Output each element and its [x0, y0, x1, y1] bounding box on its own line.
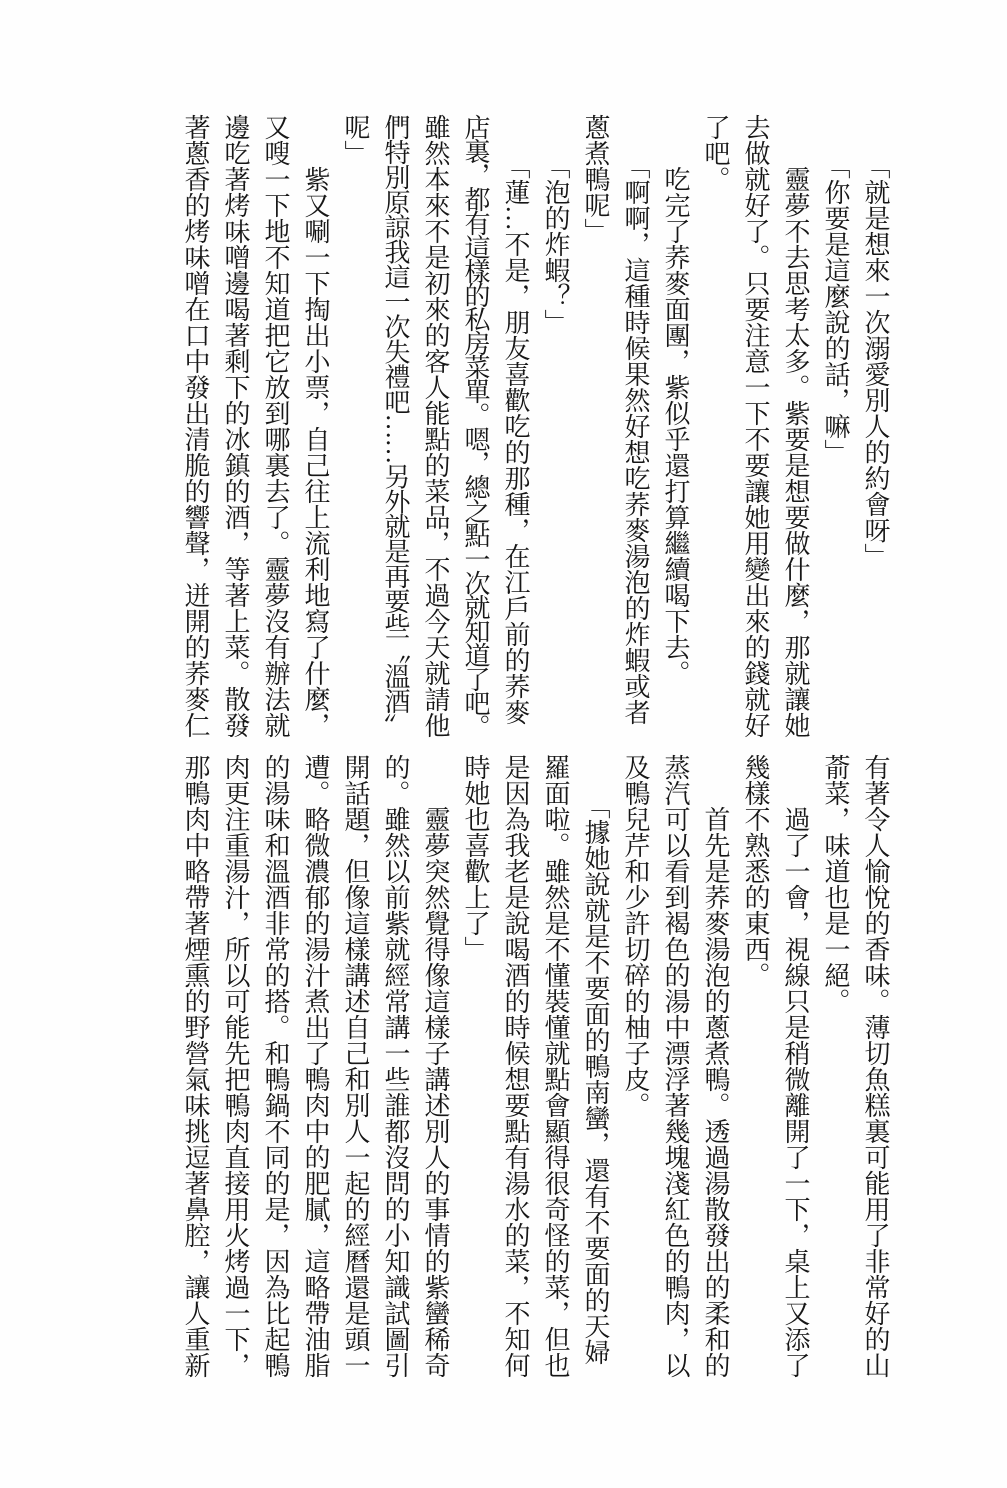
text-column: 萮菜，味道也是一絕。 — [815, 754, 855, 1384]
text-column: 「蓮…不是，朋友喜歡吃的那種，在江戶前的荞麥 — [495, 114, 535, 744]
text-column: 「據她說就是不要面的鴨南蠻，還有不要面的天婦 — [575, 754, 615, 1384]
text-column: 過了一會，視線只是稍微離開了一下，桌上又添了 — [775, 754, 815, 1384]
text-column: 去做就好了。只要注意一下不要讓她用變出來的錢就好 — [735, 114, 775, 744]
text-column: 時她也喜歡上了」 — [455, 754, 495, 1384]
text-column: 「泡的炸蝦？」 — [535, 114, 575, 744]
text-column: 靈夢不去思考太多。紫要是想要做什麼，那就讓她 — [775, 114, 815, 744]
text-column: 那鴨肉中略帶著煙熏的野營氣味挑逗著鼻腔，讓人重新 — [175, 754, 215, 1384]
text-column: 靈夢突然覺得像這樣子講述別人的事情的紫蠻稀奇 — [415, 754, 455, 1384]
text-column: 雖然本來不是初來的客人能點的菜品，不過今天就請他 — [415, 114, 455, 744]
text-column: 肉更注重湯汁，所以可能先把鴨肉直接用火烤過一下， — [215, 754, 255, 1384]
text-column: 有著令人愉悅的香味。薄切魚糕裏可能用了非常好的山 — [855, 754, 895, 1384]
text-column: 幾樣不熟悉的東西。 — [735, 754, 775, 1384]
text-column: 是因為我老是說喝酒的時候想要點有湯水的菜，不知何 — [495, 754, 535, 1384]
text-band-top: 「就是想來一次溺愛別人的約會呀」 「你要是這麼說的話，嘛」 靈夢不去思考太多。紫… — [175, 114, 895, 744]
text-column: 邊吃著烤味噌邊喝著剩下的冰鎮的酒，等著上菜。散發 — [215, 114, 255, 744]
text-band-bottom: 有著令人愉悅的香味。薄切魚糕裏可能用了非常好的山萮菜，味道也是一絕。 過了一會，… — [175, 754, 895, 1384]
text-column: 及鴨兒芹和少許切碎的柚子皮。 — [615, 754, 655, 1384]
text-column: 「就是想來一次溺愛別人的約會呀」 — [855, 114, 895, 744]
text-column: 的。雖然以前紫就經常講一些誰都沒問的小知識試圖引 — [375, 754, 415, 1384]
text-column: 「你要是這麼說的話，嘛」 — [815, 114, 855, 744]
text-column: 的湯味和溫酒非常的搭。和鴨鍋不同的是，因為比起鴨 — [255, 754, 295, 1384]
text-column: 蔥煮鴨呢」 — [575, 114, 615, 744]
novel-page: 「就是想來一次溺愛別人的約會呀」 「你要是這麼說的話，嘛」 靈夢不去思考太多。紫… — [0, 0, 1007, 1488]
text-column: 又嗖一下地不知道把它放到哪裏去了。靈夢沒有辦法就 — [255, 114, 295, 744]
text-column: 們特別原諒我這一次失禮吧……另外就是再要些〝溫酒〞 — [375, 114, 415, 744]
text-column: 店裏，都有這樣的私房菜單。嗯，總之點一次就知道了吧。 — [455, 114, 495, 744]
text-column: 首先是荞麥湯泡的蔥煮鴨。透過湯散發出的柔和的 — [695, 754, 735, 1384]
text-column: 開話題，但像這樣講述自己和別人一起的經曆還是頭一 — [335, 754, 375, 1384]
text-column: 著蔥香的烤味噌在口中發出清脆的響聲，迸開的荞麥仁 — [175, 114, 215, 744]
text-column: 遭。略微濃郁的湯汁煮出了鴨肉中的肥膩，這略帶油脂 — [295, 754, 335, 1384]
text-column: 呢」 — [335, 114, 375, 744]
text-column: 蒸汽可以看到褐色的湯中漂浮著幾塊淺紅色的鴨肉，以 — [655, 754, 695, 1384]
text-column: 「啊啊，這種時候果然好想吃荞麥湯泡的炸蝦或者 — [615, 114, 655, 744]
text-column: 紫又唰一下掏出小票，自己往上流利地寫了什麼， — [295, 114, 335, 744]
text-column: 羅面啦。雖然是不懂裝懂就點會顯得很奇怪的菜，但也 — [535, 754, 575, 1384]
text-column: 吃完了荞麥面團，紫似乎還打算繼續喝下去。 — [655, 114, 695, 744]
text-column: 了吧。 — [695, 114, 735, 744]
